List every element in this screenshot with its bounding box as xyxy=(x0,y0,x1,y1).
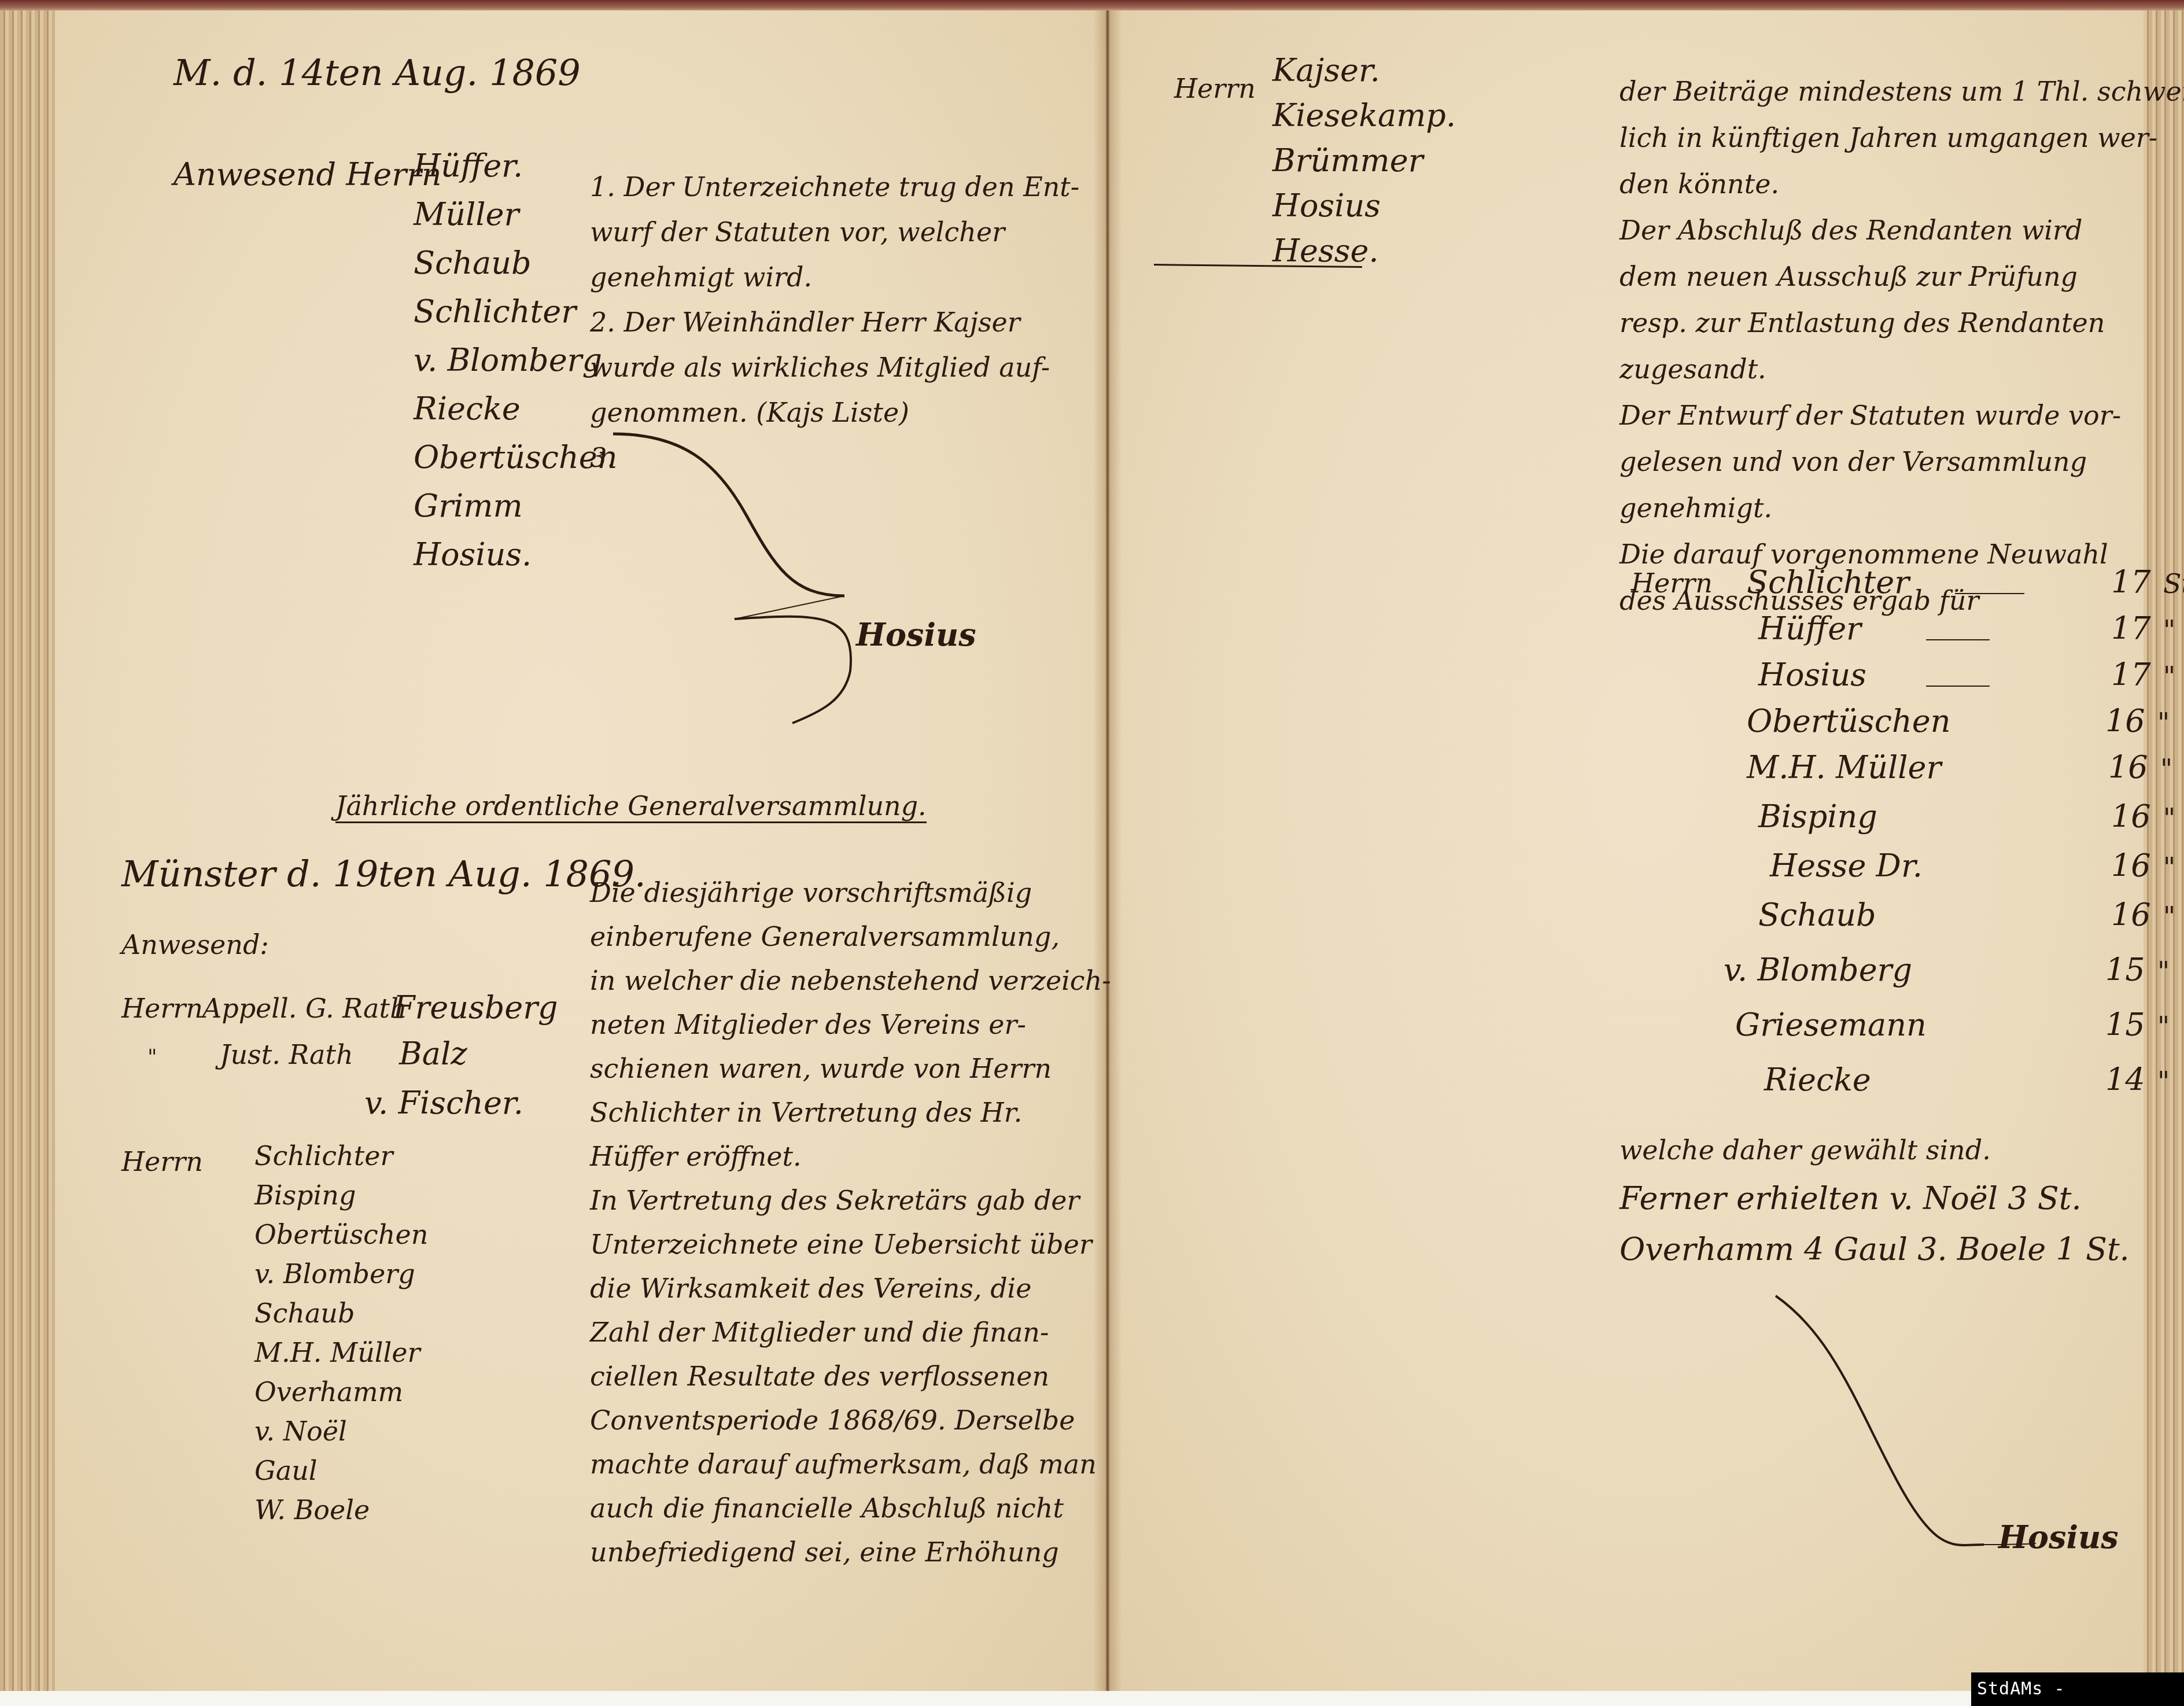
candidate-name: v. Blomberg xyxy=(1724,955,2105,986)
text-line: schienen waren, wurde von Herrn xyxy=(590,1055,1111,1082)
text-line: welche daher gewählt sind. xyxy=(1619,1137,2130,1163)
attendee: Riecke xyxy=(414,393,618,425)
text-line: wurf der Statuten vor, welcher xyxy=(590,219,1079,245)
text-line: Zahl der Mitglieder und die finan- xyxy=(590,1319,1111,1346)
member: Overhamm xyxy=(254,1379,428,1405)
vote-count: 16 xyxy=(2111,850,2163,882)
member: M.H. Müller xyxy=(254,1339,428,1366)
member: Obertüschen xyxy=(254,1221,428,1248)
vote-row: Hesse Dr. 16 " xyxy=(1770,850,2175,882)
text-line: Unterzeichnete eine Uebersicht über xyxy=(590,1231,1111,1258)
text-line: Ferner erhielten v. Noël 3 St. xyxy=(1619,1183,2130,1214)
member: Bisping xyxy=(254,1182,428,1208)
text-line: den könnte. xyxy=(1619,171,2184,197)
text-line: Der Abschluß des Rendanten wird xyxy=(1619,217,2184,244)
member: Schlichter xyxy=(254,1143,428,1169)
text-line: Der Entwurf der Statuten wurde vor- xyxy=(1619,402,2184,429)
member: W. Boele xyxy=(254,1497,428,1523)
text-line: einberufene Generalversammlung, xyxy=(590,923,1111,950)
attendee: Schaub xyxy=(414,248,618,279)
closing-text: welche daher gewählt sind. Ferner erhiel… xyxy=(1619,1137,2130,1265)
text-line: unbefriedigend sei, eine Erhöhung xyxy=(590,1539,1111,1565)
attendee: Schlichter xyxy=(414,296,618,327)
text-line: gelesen und von der Versammlung xyxy=(1619,448,2184,475)
entry2-heading: Jährliche ordentliche Generalversammlung… xyxy=(335,793,927,823)
text-line: Die diesjährige vorschriftsmäßig xyxy=(590,879,1111,906)
vote-count: 16 xyxy=(2111,801,2163,832)
attendee: Hesse. xyxy=(1272,235,1456,267)
honorary-title: Appell. G. Rath xyxy=(202,995,407,1022)
entry2-date: Münster d. 19ten Aug. 1869. xyxy=(121,856,646,892)
text-line: Conventsperiode 1868/69. Derselbe xyxy=(590,1407,1111,1434)
vote-count: 16 xyxy=(2111,900,2163,931)
text-line: ciellen Resultate des verflossenen xyxy=(590,1363,1111,1390)
honorary-prefix: Herrn xyxy=(121,995,203,1022)
attendee: v. Blomberg xyxy=(414,345,618,376)
vote-row: Riecke 14 " xyxy=(1764,1064,2170,1096)
candidate-name: Obertüschen xyxy=(1747,706,2105,737)
text-line: wurde als wirkliches Mitglied auf- xyxy=(590,354,1079,381)
text-line: Overhamm 4 Gaul 3. Boele 1 St. xyxy=(1619,1234,2130,1265)
entry1-present-label: Anwesend Herrn xyxy=(174,159,442,190)
member: v. Noël xyxy=(254,1418,428,1445)
right-attendees-prefix: Herrn xyxy=(1174,75,1256,102)
candidate-name: Hesse Dr. xyxy=(1770,850,2111,882)
honorary-name: Freusberg xyxy=(393,992,558,1023)
entry1-date: M. d. 14ten Aug. 1869 xyxy=(174,55,581,91)
attendee: Kiesekamp. xyxy=(1272,100,1456,131)
right-attendee-list: Kajser. Kiesekamp. Brümmer Hosius Hesse. xyxy=(1272,55,1456,267)
text-line: machte darauf aufmerksam, daß man xyxy=(590,1451,1111,1477)
text-line: der Beiträge mindestens um 1 Thl. schwer… xyxy=(1619,78,2184,105)
archive-watermark: StdAMs - MV_002a_135 xyxy=(1971,1672,2184,1706)
right-body-text: der Beiträge mindestens um 1 Thl. schwer… xyxy=(1619,78,2184,614)
open-book-scan: M. d. 14ten Aug. 1869 Anwesend Herrn Hüf… xyxy=(0,0,2184,1706)
ditto-mark: " xyxy=(147,1047,157,1068)
attendee: Hosius. xyxy=(414,539,618,570)
candidate-name: Schaub xyxy=(1758,900,2111,931)
text-line: die Wirksamkeit des Vereins, die xyxy=(590,1275,1111,1302)
attendee: Hüffer. xyxy=(414,150,618,182)
leader-line xyxy=(1926,686,1990,687)
vote-count: 15 xyxy=(2105,955,2157,986)
vote-count: 17 xyxy=(2111,613,2163,644)
text-line: 2. Der Weinhändler Herr Kajser xyxy=(590,309,1079,336)
text-line: zugesandt. xyxy=(1619,356,2184,382)
vote-count: 14 xyxy=(2105,1064,2157,1096)
text-line: in welcher die nebenstehend verzeich- xyxy=(590,967,1111,994)
member: Schaub xyxy=(254,1300,428,1327)
text-line: genehmigt. xyxy=(1619,495,2184,521)
members-prefix: Herrn xyxy=(121,1148,203,1175)
honorary-title: Just. Rath xyxy=(220,1041,353,1068)
vote-row: M.H. Müller 16 " xyxy=(1747,752,2172,783)
attendee: Brümmer xyxy=(1272,145,1456,176)
text-line: In Vertretung des Sekretärs gab der xyxy=(590,1187,1111,1214)
vote-row: Griesemann 15 " xyxy=(1735,1009,2170,1041)
candidate-name: Bisping xyxy=(1758,801,2111,832)
member: v. Blomberg xyxy=(254,1261,428,1287)
text-line: lich in künftigen Jahren umgangen wer- xyxy=(1619,124,2184,151)
entry2-member-list: Schlichter Bisping Obertüschen v. Blombe… xyxy=(254,1143,428,1523)
text-line: 1. Der Unterzeichnete trug den Ent- xyxy=(590,174,1079,200)
page-stack-left-edge xyxy=(0,10,55,1691)
attendee: Müller xyxy=(414,199,618,230)
text-line: resp. zur Entlastung des Rendanten xyxy=(1619,309,2184,336)
candidate-name: Riecke xyxy=(1764,1064,2105,1096)
attendee: Kajser. xyxy=(1272,55,1456,86)
text-line: dem neuen Ausschuß zur Prüfung xyxy=(1619,263,2184,290)
text-line: Schlichter in Vertretung des Hr. xyxy=(590,1099,1111,1126)
vote-row: Bisping 16 " xyxy=(1758,801,2175,832)
text-line: genehmigt wird. xyxy=(590,264,1079,290)
scan-bottom-margin xyxy=(0,1691,2184,1706)
vote-count: 15 xyxy=(2105,1009,2157,1041)
text-line: neten Mitglieder des Vereins er- xyxy=(590,1011,1111,1038)
vote-count: 16 xyxy=(2108,752,2160,783)
member: Gaul xyxy=(254,1457,428,1484)
right-signature: Hosius xyxy=(1998,1521,2119,1553)
vote-row: Schaub 16 " xyxy=(1758,900,2175,931)
vote-count: 17 xyxy=(2111,659,2163,691)
attendee: Hosius xyxy=(1272,190,1456,222)
leader-line xyxy=(1926,639,1990,640)
entry1-attendee-list: Hüffer. Müller Schaub Schlichter v. Blom… xyxy=(414,150,618,570)
vote-row: Obertüschen 16 " xyxy=(1747,706,2170,737)
entry2-present-label: Anwesend: xyxy=(121,931,269,958)
candidate-name: Griesemann xyxy=(1735,1009,2105,1041)
candidate-name: Schlichter xyxy=(1747,567,2111,598)
honorary-name: v. Fischer. xyxy=(364,1088,523,1119)
candidate-name: M.H. Müller xyxy=(1747,752,2108,783)
text-line: Hüffer eröffnet. xyxy=(590,1143,1111,1170)
vote-row: v. Blomberg 15 " xyxy=(1724,955,2170,986)
vote-table-prefix: Herrn xyxy=(1631,570,1713,596)
attendee: Grimm xyxy=(414,491,618,522)
vote-unit: Stimmen xyxy=(2163,570,2184,597)
entry1-signature: Hosius xyxy=(856,619,976,650)
text-line: auch die financielle Abschluß nicht xyxy=(590,1495,1111,1521)
entry2-body-text: Die diesjährige vorschriftsmäßig einberu… xyxy=(590,879,1111,1565)
vote-count: 16 xyxy=(2105,706,2157,737)
honorary-name: Balz xyxy=(399,1038,467,1070)
vote-count: 17 xyxy=(2111,567,2163,598)
leader-line xyxy=(1955,593,2024,594)
attendee: Obertüschen xyxy=(414,442,618,473)
